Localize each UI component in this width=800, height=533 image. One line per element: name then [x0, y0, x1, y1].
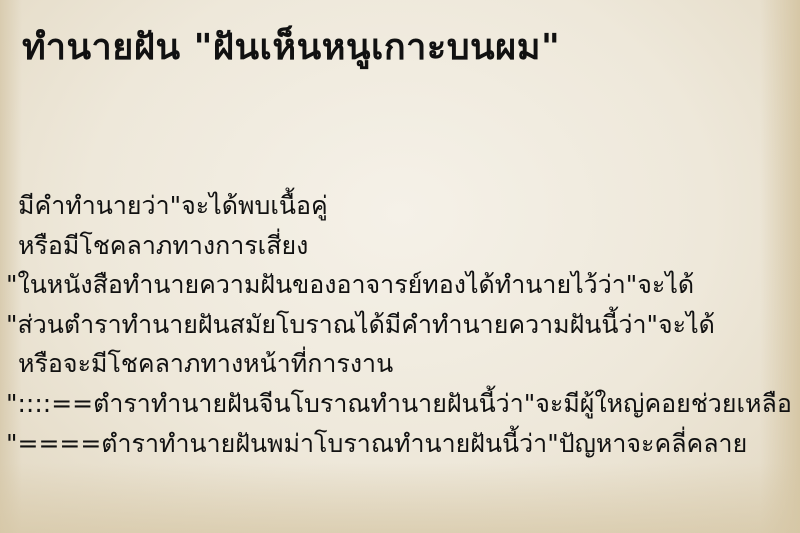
text-line: "ส่วนตำราทำนายฝันสมัยโบราณได้มีคำทำนายคว…: [0, 305, 800, 345]
page-title: ทำนายฝัน "ฝันเห็นหนูเกาะบนผม": [22, 18, 560, 75]
prediction-text-block: มีคำทำนายว่า"จะได้พบเนื้อคู่ หรือมีโชคลา…: [0, 186, 800, 463]
paper-edge-bottom: [0, 463, 800, 533]
text-line: หรือจะมีโชคลาภทางหน้าที่การงาน: [0, 344, 800, 384]
text-line: มีคำทำนายว่า"จะได้พบเนื้อคู่: [0, 186, 800, 226]
text-line: "ในหนังสือทำนายความฝันของอาจารย์ทองได้ทำ…: [0, 265, 800, 305]
text-line: หรือมีโชคลาภทางการเสี่ยง: [0, 226, 800, 266]
text-line: "::::==ตำราทำนายฝันจีนโบราณทำนายฝันนี้ว่…: [0, 384, 800, 424]
text-line: "====ตำราทำนายฝันพม่าโบราณทำนายฝันนี้ว่า…: [0, 424, 800, 464]
